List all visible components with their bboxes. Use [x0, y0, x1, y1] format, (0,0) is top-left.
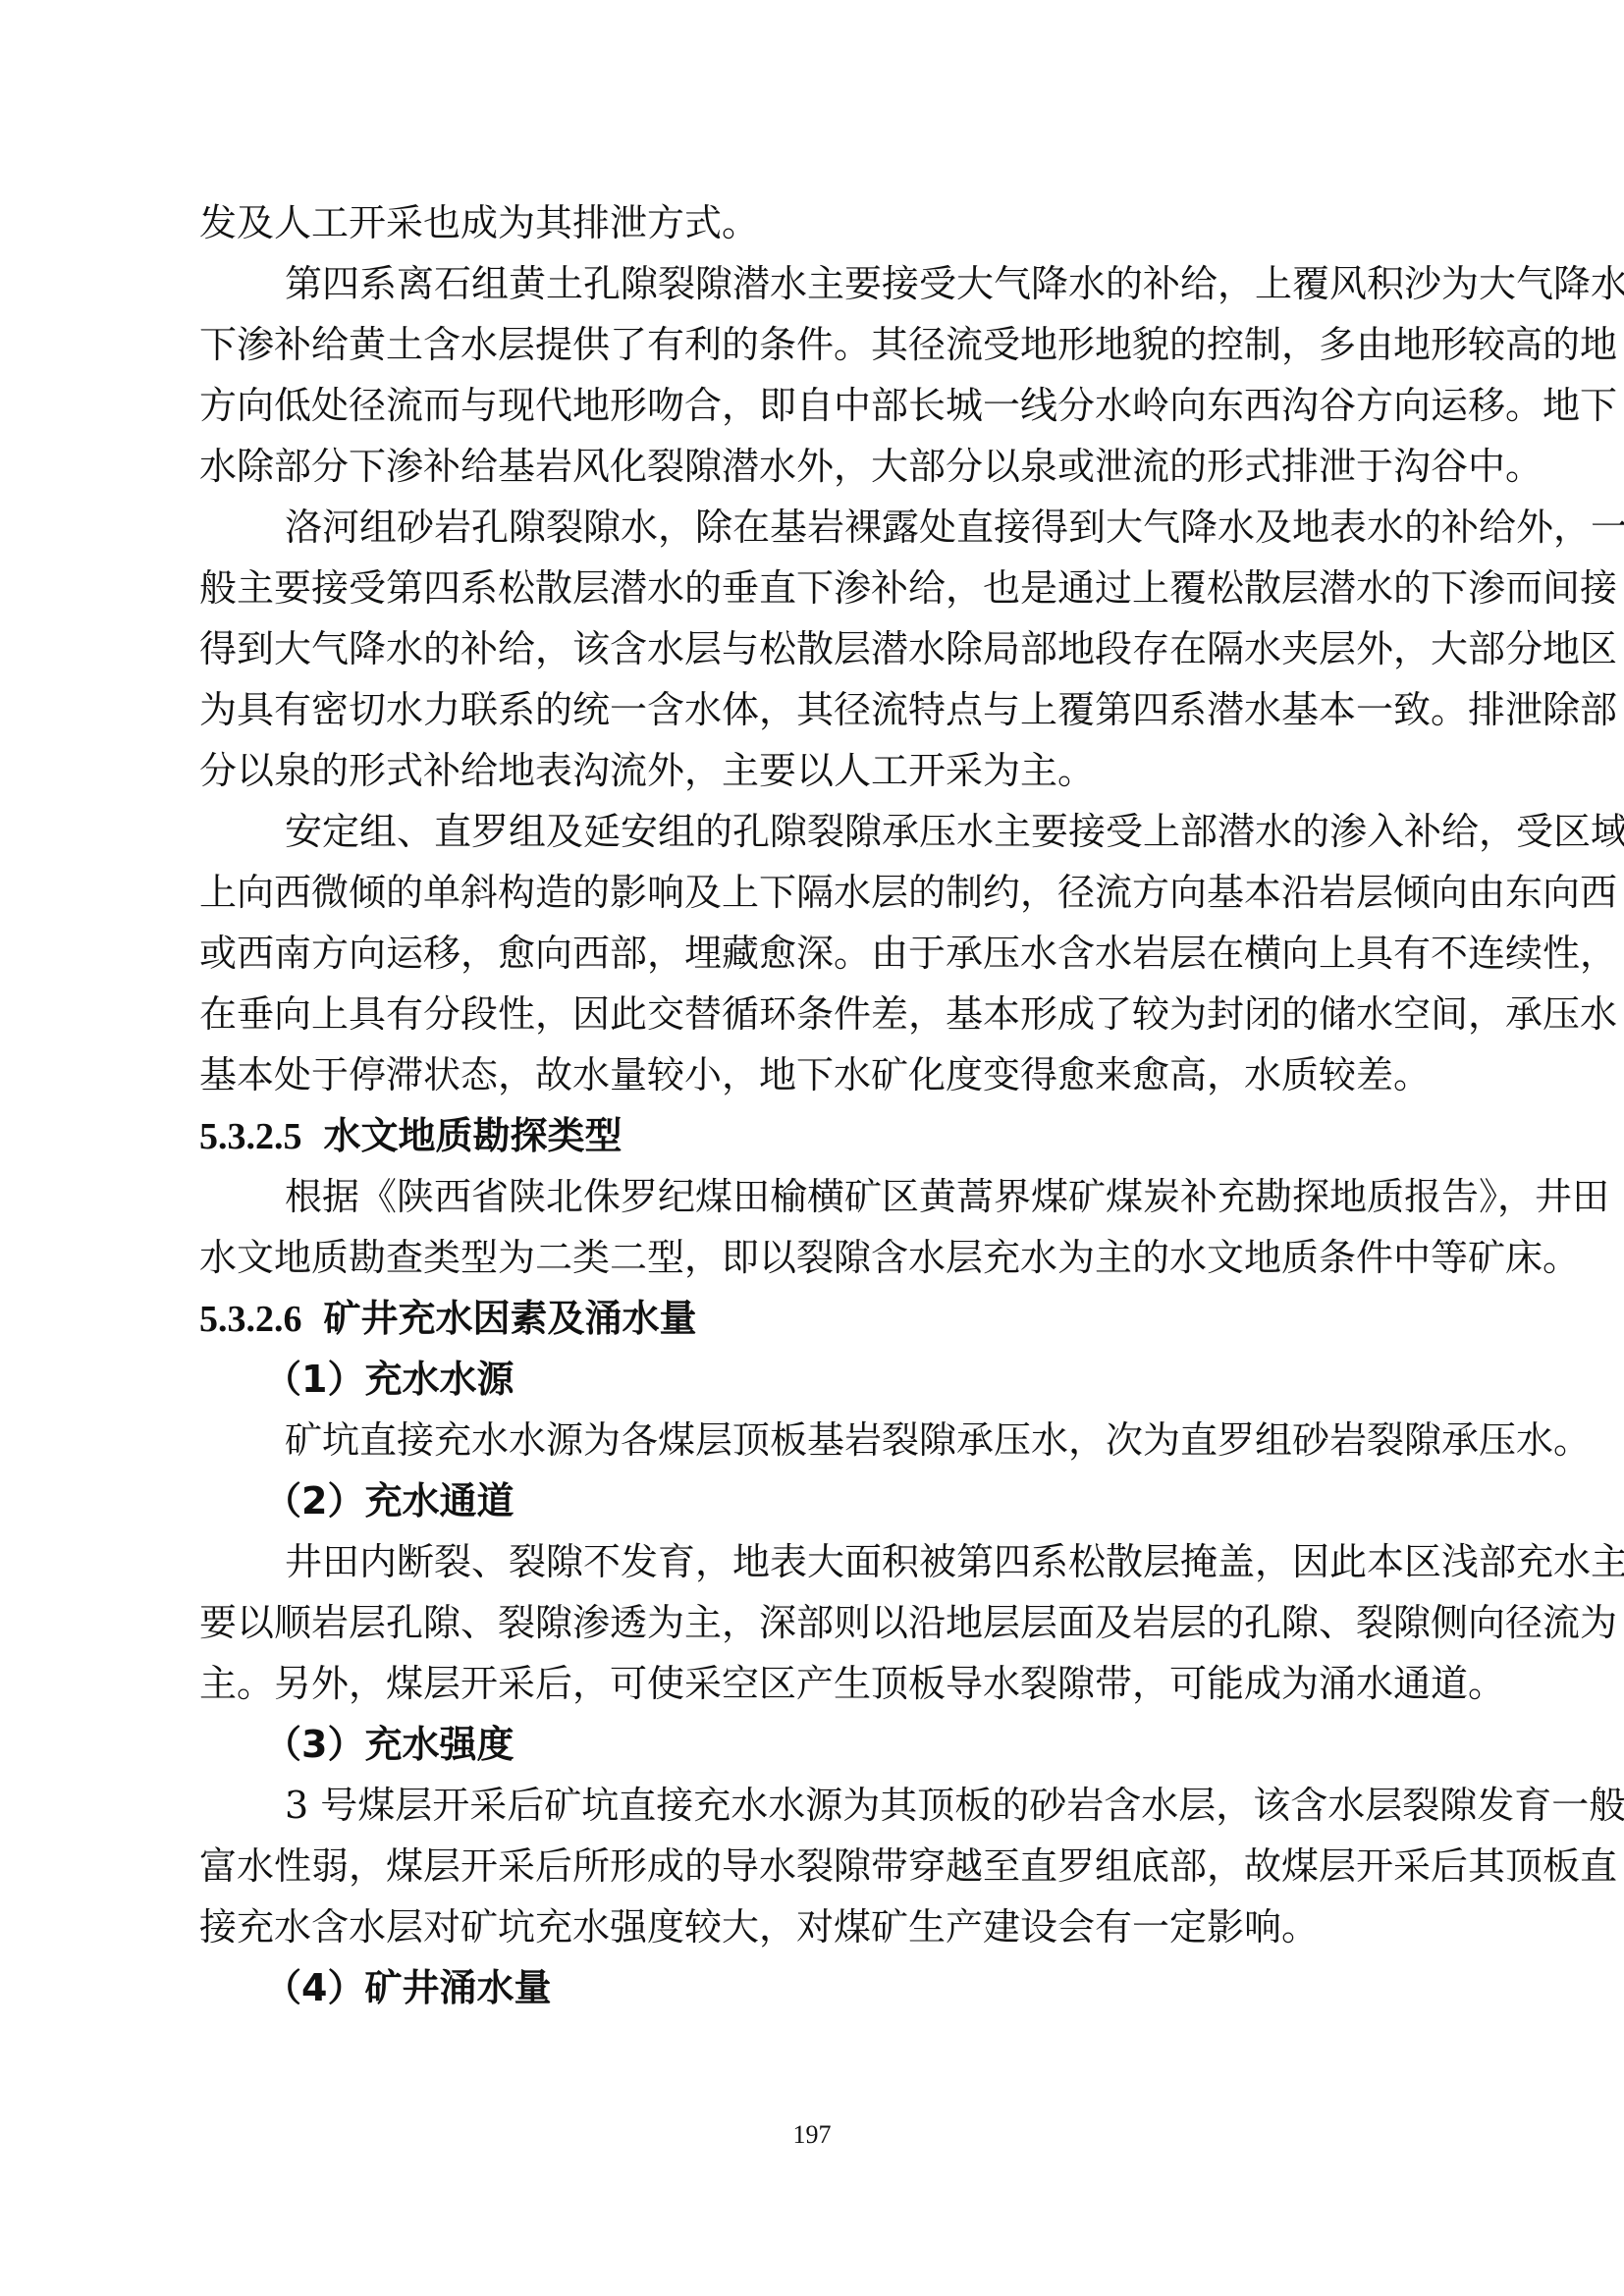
document-page: 发及人工开采也成为其排泄方式。 第四系离石组黄土孔隙裂隙潜水主要接受大气降水的补…: [0, 0, 1624, 2296]
paragraph-line: 水文地质勘查类型为二类二型，即以裂隙含水层充水为主的水文地质条件中等矿床。: [199, 1227, 1438, 1288]
section-title: 矿井充水因素及涌水量: [324, 1297, 697, 1340]
paragraph-line: 洛河组砂岩孔隙裂隙水，除在基岩裸露处直接得到大气降水及地表水的补给外，一: [199, 497, 1438, 558]
paragraph-line: 般主要接受第四系松散层潜水的垂直下渗补给，也是通过上覆松散层潜水的下渗而间接: [199, 558, 1438, 618]
section-heading-5-3-2-6: 5.3.2.6矿井充水因素及涌水量: [199, 1288, 1438, 1349]
paragraph-line: 发及人工开采也成为其排泄方式。: [199, 192, 1438, 253]
paragraph-line: 3 号煤层开采后矿坑直接充水水源为其顶板的砂岩含水层，该含水层裂隙发育一般，: [199, 1775, 1438, 1836]
subheading-mine-inflow: （4）矿井涌水量: [199, 1957, 1438, 2018]
paragraph-line: 主。另外，煤层开采后，可使采空区产生顶板导水裂隙带，可能成为涌水通道。: [199, 1653, 1438, 1714]
paragraph-line: 分以泉的形式补给地表沟流外，主要以人工开采为主。: [199, 740, 1438, 801]
section-heading-5-3-2-5: 5.3.2.5水文地质勘探类型: [199, 1105, 1438, 1166]
paragraph-line: 要以顺岩层孔隙、裂隙渗透为主，深部则以沿地层层面及岩层的孔隙、裂隙侧向径流为: [199, 1592, 1438, 1653]
paragraph-line: 方向低处径流而与现代地形吻合，即自中部长城一线分水岭向东西沟谷方向运移。地下: [199, 375, 1438, 436]
paragraph-line: 水除部分下渗补给基岩风化裂隙潜水外，大部分以泉或泄流的形式排泄于沟谷中。: [199, 436, 1438, 497]
paragraph-luohe-sandstone: 洛河组砂岩孔隙裂隙水，除在基岩裸露处直接得到大气降水及地表水的补给外，一 般主要…: [199, 497, 1438, 801]
paragraph-confined-water: 安定组、直罗组及延安组的孔隙裂隙承压水主要接受上部潜水的渗入补给，受区域 上向西…: [199, 801, 1438, 1105]
paragraph-line: 在垂向上具有分段性，因此交替循环条件差，基本形成了较为封闭的储水空间，承压水: [199, 984, 1438, 1044]
section-title: 水文地质勘探类型: [324, 1114, 623, 1157]
paragraph-line: 矿坑直接充水水源为各煤层顶板基岩裂隙承压水，次为直罗组砂岩裂隙承压水。: [199, 1410, 1438, 1470]
paragraph-line: 富水性弱，煤层开采后所形成的导水裂隙带穿越至直罗组底部，故煤层开采后其顶板直: [199, 1836, 1438, 1896]
paragraph-line: 基本处于停滞状态，故水量较小，地下水矿化度变得愈来愈高，水质较差。: [199, 1044, 1438, 1105]
paragraph-line: 为具有密切水力联系的统一含水体，其径流特点与上覆第四系潜水基本一致。排泄除部: [199, 679, 1438, 740]
subheading-water-intensity: （3）充水强度: [199, 1714, 1438, 1775]
paragraph-line: 根据《陕西省陕北侏罗纪煤田榆横矿区黄蒿界煤矿煤炭补充勘探地质报告》，井田: [199, 1166, 1438, 1227]
paragraph-quaternary-loess: 第四系离石组黄土孔隙裂隙潜水主要接受大气降水的补给，上覆风积沙为大气降水 下渗补…: [199, 253, 1438, 497]
paragraph-exploration-type: 根据《陕西省陕北侏罗纪煤田榆横矿区黄蒿界煤矿煤炭补充勘探地质报告》，井田 水文地…: [199, 1166, 1438, 1288]
paragraph-water-channel: 井田内断裂、裂隙不发育，地表大面积被第四系松散层掩盖，因此本区浅部充水主 要以顺…: [199, 1531, 1438, 1714]
paragraph-line: 上向西微倾的单斜构造的影响及上下隔水层的制约，径流方向基本沿岩层倾向由东向西: [199, 862, 1438, 923]
paragraph-line: 接充水含水层对矿坑充水强度较大，对煤矿生产建设会有一定影响。: [199, 1896, 1438, 1957]
paragraph-line: 第四系离石组黄土孔隙裂隙潜水主要接受大气降水的补给，上覆风积沙为大气降水: [199, 253, 1438, 314]
page-body: 发及人工开采也成为其排泄方式。 第四系离石组黄土孔隙裂隙潜水主要接受大气降水的补…: [199, 192, 1438, 2018]
page-number: 197: [0, 2120, 1624, 2150]
section-number: 5.3.2.6: [199, 1299, 302, 1340]
section-number: 5.3.2.5: [199, 1116, 302, 1157]
paragraph-line: 井田内断裂、裂隙不发育，地表大面积被第四系松散层掩盖，因此本区浅部充水主: [199, 1531, 1438, 1592]
paragraph-line: 得到大气降水的补给，该含水层与松散层潜水除局部地段存在隔水夹层外，大部分地区: [199, 618, 1438, 679]
paragraph-line: 安定组、直罗组及延安组的孔隙裂隙承压水主要接受上部潜水的渗入补给，受区域: [199, 801, 1438, 862]
subheading-water-source: （1）充水水源: [199, 1349, 1438, 1410]
paragraph-water-intensity: 3 号煤层开采后矿坑直接充水水源为其顶板的砂岩含水层，该含水层裂隙发育一般， 富…: [199, 1775, 1438, 1957]
paragraph-line: 或西南方向运移，愈向西部，埋藏愈深。由于承压水含水岩层在横向上具有不连续性，: [199, 923, 1438, 984]
paragraph-line: 下渗补给黄土含水层提供了有利的条件。其径流受地形地貌的控制，多由地形较高的地: [199, 314, 1438, 375]
subheading-water-channel: （2）充水通道: [199, 1470, 1438, 1531]
